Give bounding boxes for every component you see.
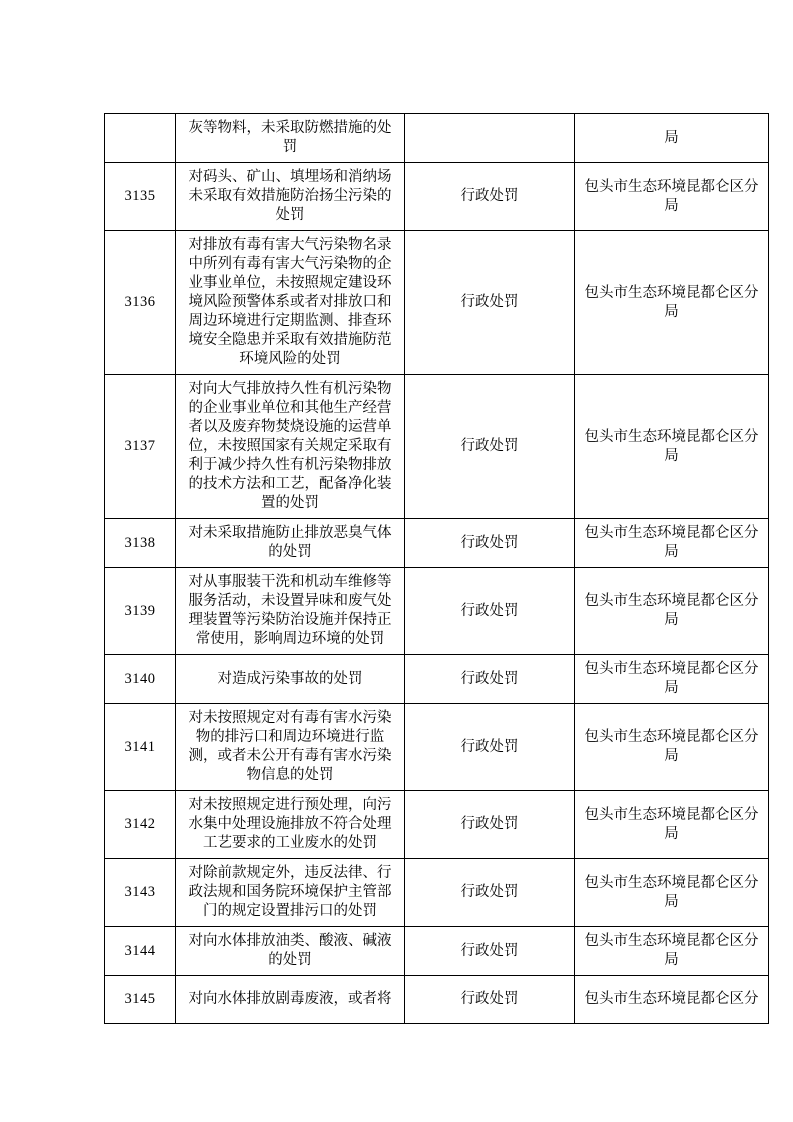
penalty-description: 对从事服装干洗和机动车维修等服务活动，未设置异味和废气处理装置等污染防治设施并保…	[176, 568, 405, 655]
penalty-description: 对码头、矿山、填埋场和消纳场未采取有效措施防治扬尘污染的处罚	[176, 163, 405, 231]
table-row: 3139 对从事服装干洗和机动车维修等服务活动，未设置异味和废气处理装置等污染防…	[105, 568, 769, 655]
penalty-type: 行政处罚	[405, 375, 575, 519]
penalty-description: 对排放有毒有害大气污染物名录中所列有毒有害大气污染物的企业事业单位，未按照规定建…	[176, 231, 405, 375]
penalty-type: 行政处罚	[405, 704, 575, 791]
penalty-type: 行政处罚	[405, 568, 575, 655]
item-number: 3144	[105, 927, 176, 976]
penalty-description: 对造成污染事故的处罚	[176, 655, 405, 704]
penalty-type: 行政处罚	[405, 519, 575, 568]
penalty-description: 对未采取措施防止排放恶臭气体的处罚	[176, 519, 405, 568]
implementing-authority: 包头市生态环境昆都仑区分局	[575, 231, 769, 375]
table-row: 3135 对码头、矿山、填埋场和消纳场未采取有效措施防治扬尘污染的处罚 行政处罚…	[105, 163, 769, 231]
document-page: 灰等物料，未采取防燃措施的处罚 局 3135 对码头、矿山、填埋场和消纳场未采取…	[0, 0, 793, 1122]
penalty-description: 对除前款规定外，违反法律、行政法规和国务院环境保护主管部门的规定设置排污口的处罚	[176, 859, 405, 927]
table-row: 3140 对造成污染事故的处罚 行政处罚 包头市生态环境昆都仑区分局	[105, 655, 769, 704]
table-row: 3145 对向水体排放剧毒废液，或者将 行政处罚 包头市生态环境昆都仑区分	[105, 976, 769, 1024]
table-row: 3137 对向大气排放持久性有机污染物的企业事业单位和其他生产经营者以及废弃物焚…	[105, 375, 769, 519]
implementing-authority: 包头市生态环境昆都仑区分局	[575, 568, 769, 655]
table-row: 3142 对未按照规定进行预处理，向污水集中处理设施排放不符合处理工艺要求的工业…	[105, 791, 769, 859]
penalty-description: 对未按照规定对有毒有害水污染物的排污口和周边环境进行监测，或者未公开有毒有害水污…	[176, 704, 405, 791]
table-row: 3141 对未按照规定对有毒有害水污染物的排污口和周边环境进行监测，或者未公开有…	[105, 704, 769, 791]
table-row: 3144 对向水体排放油类、酸液、碱液的处罚 行政处罚 包头市生态环境昆都仑区分…	[105, 927, 769, 976]
implementing-authority: 包头市生态环境昆都仑区分局	[575, 375, 769, 519]
penalty-type: 行政处罚	[405, 859, 575, 927]
implementing-authority: 包头市生态环境昆都仑区分局	[575, 859, 769, 927]
penalty-description: 对未按照规定进行预处理，向污水集中处理设施排放不符合处理工艺要求的工业废水的处罚	[176, 791, 405, 859]
penalty-items-table: 灰等物料，未采取防燃措施的处罚 局 3135 对码头、矿山、填埋场和消纳场未采取…	[104, 113, 769, 1024]
table-row: 3138 对未采取措施防止排放恶臭气体的处罚 行政处罚 包头市生态环境昆都仑区分…	[105, 519, 769, 568]
implementing-authority: 局	[575, 114, 769, 163]
penalty-type: 行政处罚	[405, 927, 575, 976]
item-number: 3141	[105, 704, 176, 791]
penalty-type	[405, 114, 575, 163]
item-number: 3143	[105, 859, 176, 927]
penalty-type: 行政处罚	[405, 791, 575, 859]
item-number	[105, 114, 176, 163]
item-number: 3145	[105, 976, 176, 1024]
penalty-type: 行政处罚	[405, 231, 575, 375]
item-number: 3139	[105, 568, 176, 655]
implementing-authority: 包头市生态环境昆都仑区分局	[575, 791, 769, 859]
table-row: 灰等物料，未采取防燃措施的处罚 局	[105, 114, 769, 163]
implementing-authority: 包头市生态环境昆都仑区分局	[575, 704, 769, 791]
item-number: 3138	[105, 519, 176, 568]
penalty-description: 对向大气排放持久性有机污染物的企业事业单位和其他生产经营者以及废弃物焚烧设施的运…	[176, 375, 405, 519]
implementing-authority: 包头市生态环境昆都仑区分局	[575, 927, 769, 976]
penalty-description: 灰等物料，未采取防燃措施的处罚	[176, 114, 405, 163]
implementing-authority: 包头市生态环境昆都仑区分局	[575, 163, 769, 231]
item-number: 3140	[105, 655, 176, 704]
item-number: 3136	[105, 231, 176, 375]
table-body: 灰等物料，未采取防燃措施的处罚 局 3135 对码头、矿山、填埋场和消纳场未采取…	[105, 114, 769, 1024]
penalty-description: 对向水体排放油类、酸液、碱液的处罚	[176, 927, 405, 976]
penalty-description: 对向水体排放剧毒废液，或者将	[176, 976, 405, 1024]
table-row: 3143 对除前款规定外，违反法律、行政法规和国务院环境保护主管部门的规定设置排…	[105, 859, 769, 927]
implementing-authority: 包头市生态环境昆都仑区分	[575, 976, 769, 1024]
table-row: 3136 对排放有毒有害大气污染物名录中所列有毒有害大气污染物的企业事业单位，未…	[105, 231, 769, 375]
penalty-type: 行政处罚	[405, 655, 575, 704]
penalty-type: 行政处罚	[405, 163, 575, 231]
item-number: 3135	[105, 163, 176, 231]
penalty-type: 行政处罚	[405, 976, 575, 1024]
implementing-authority: 包头市生态环境昆都仑区分局	[575, 519, 769, 568]
item-number: 3137	[105, 375, 176, 519]
item-number: 3142	[105, 791, 176, 859]
implementing-authority: 包头市生态环境昆都仑区分局	[575, 655, 769, 704]
